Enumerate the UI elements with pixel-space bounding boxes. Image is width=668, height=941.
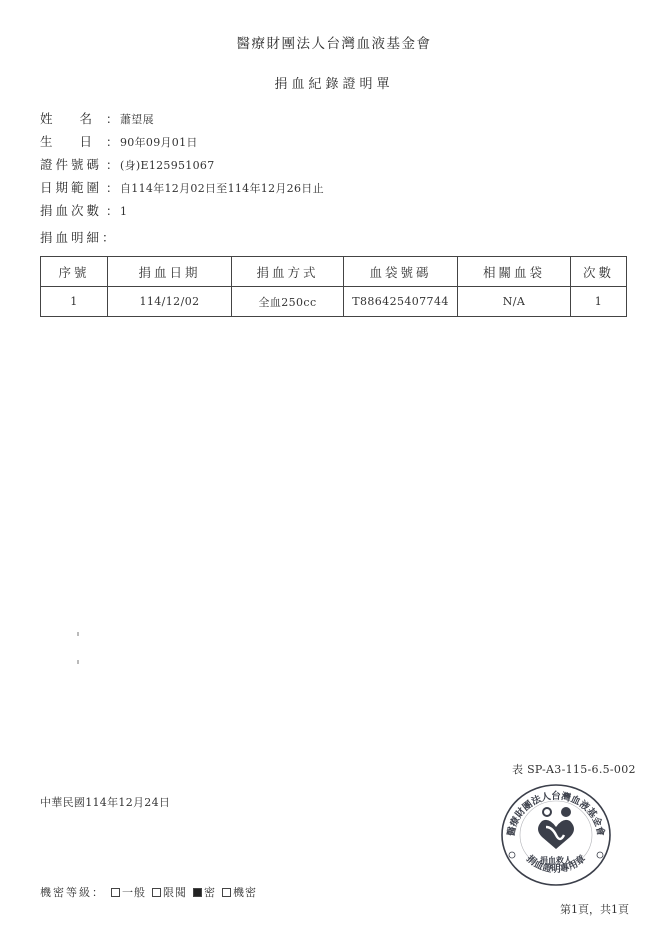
form-code: 表 SP-A3-115-6.5-002: [512, 761, 636, 777]
label-char: 名: [79, 109, 92, 127]
pagination: 第1頁，共1頁: [560, 901, 629, 917]
scan-speck: [77, 660, 79, 664]
label-char: 姓: [40, 109, 53, 127]
checkbox-restricted: [152, 888, 161, 897]
label-char: 生: [40, 132, 53, 150]
option-confidential: 機密: [233, 884, 257, 900]
official-seal: 醫療財團法人台灣血液基金會 捐血證明專用章 捐血救人: [500, 783, 612, 887]
seal-icon: 醫療財團法人台灣血液基金會 捐血證明專用章 捐血救人: [500, 783, 612, 887]
confidentiality-level: 機密等級： 一般 限閱 密 機密: [40, 884, 257, 900]
cell-seq: 1: [41, 287, 108, 317]
field-birthday-label: 生 日: [40, 132, 92, 150]
field-date-range: 日期範圍 ： 自114年12月02日至114年12月26日止: [40, 178, 324, 196]
field-id-number-label: 證件號碼: [40, 155, 106, 173]
cell-related-bag: N/A: [458, 287, 571, 317]
header-donation-date: 捐血日期: [108, 257, 232, 287]
field-name-value: 蕭望展: [120, 111, 154, 127]
colon: ：: [106, 156, 120, 173]
field-donation-count: 捐血次數 ： 1: [40, 201, 127, 219]
header-count: 次數: [571, 257, 627, 287]
header-seq: 序號: [41, 257, 108, 287]
issue-date: 中華民國114年12月24日: [40, 794, 170, 810]
checkbox-confidential: [222, 888, 231, 897]
cell-donation-method: 全血250cc: [232, 287, 344, 317]
scan-speck: [77, 632, 79, 636]
field-name: 姓 名 ： 蕭望展: [40, 109, 154, 127]
checkbox-general: [111, 888, 120, 897]
header-donation-method: 捐血方式: [232, 257, 344, 287]
option-restricted: 限閱: [163, 884, 187, 900]
cell-bag-number: T886425407744: [344, 287, 458, 317]
field-donation-count-value: 1: [120, 205, 127, 218]
option-general: 一般: [122, 884, 146, 900]
table-header-row: 序號 捐血日期 捐血方式 血袋號碼 相關血袋 次數: [41, 257, 627, 287]
field-id-number: 證件號碼 ： (身)E125951067: [40, 155, 215, 173]
field-date-range-label: 日期範圍: [40, 178, 106, 196]
colon: ：: [106, 133, 120, 150]
field-birthday: 生 日 ： 90年09月01日: [40, 132, 198, 150]
field-birthday-value: 90年09月01日: [120, 134, 198, 150]
cell-donation-date: 114/12/02: [108, 287, 232, 317]
document-title: 捐血紀錄證明單: [0, 73, 668, 92]
field-donation-count-label: 捐血次數: [40, 201, 106, 219]
label-char: 日: [79, 132, 92, 150]
field-id-number-value: (身)E125951067: [120, 157, 215, 173]
option-secret: 密: [204, 884, 216, 900]
field-name-label: 姓 名: [40, 109, 92, 127]
donation-records-table: 序號 捐血日期 捐血方式 血袋號碼 相關血袋 次數 1 114/12/02 全血…: [40, 256, 627, 317]
field-date-range-value: 自114年12月02日至114年12月26日止: [120, 180, 324, 196]
header-related-bag: 相關血袋: [458, 257, 571, 287]
organization-title: 醫療財團法人台灣血液基金會: [0, 32, 668, 52]
seal-inner-text: 捐血救人: [540, 855, 572, 865]
table-row: 1 114/12/02 全血250cc T886425407744 N/A 1: [41, 287, 627, 317]
confidentiality-label: 機密等級：: [40, 884, 105, 900]
header-bag-number: 血袋號碼: [344, 257, 458, 287]
colon: ：: [106, 110, 120, 127]
colon: ：: [106, 179, 120, 196]
colon: ：: [106, 202, 120, 219]
donation-details-label: 捐血明細：: [40, 228, 118, 246]
checkbox-secret-checked: [193, 888, 202, 897]
cell-count: 1: [571, 287, 627, 317]
